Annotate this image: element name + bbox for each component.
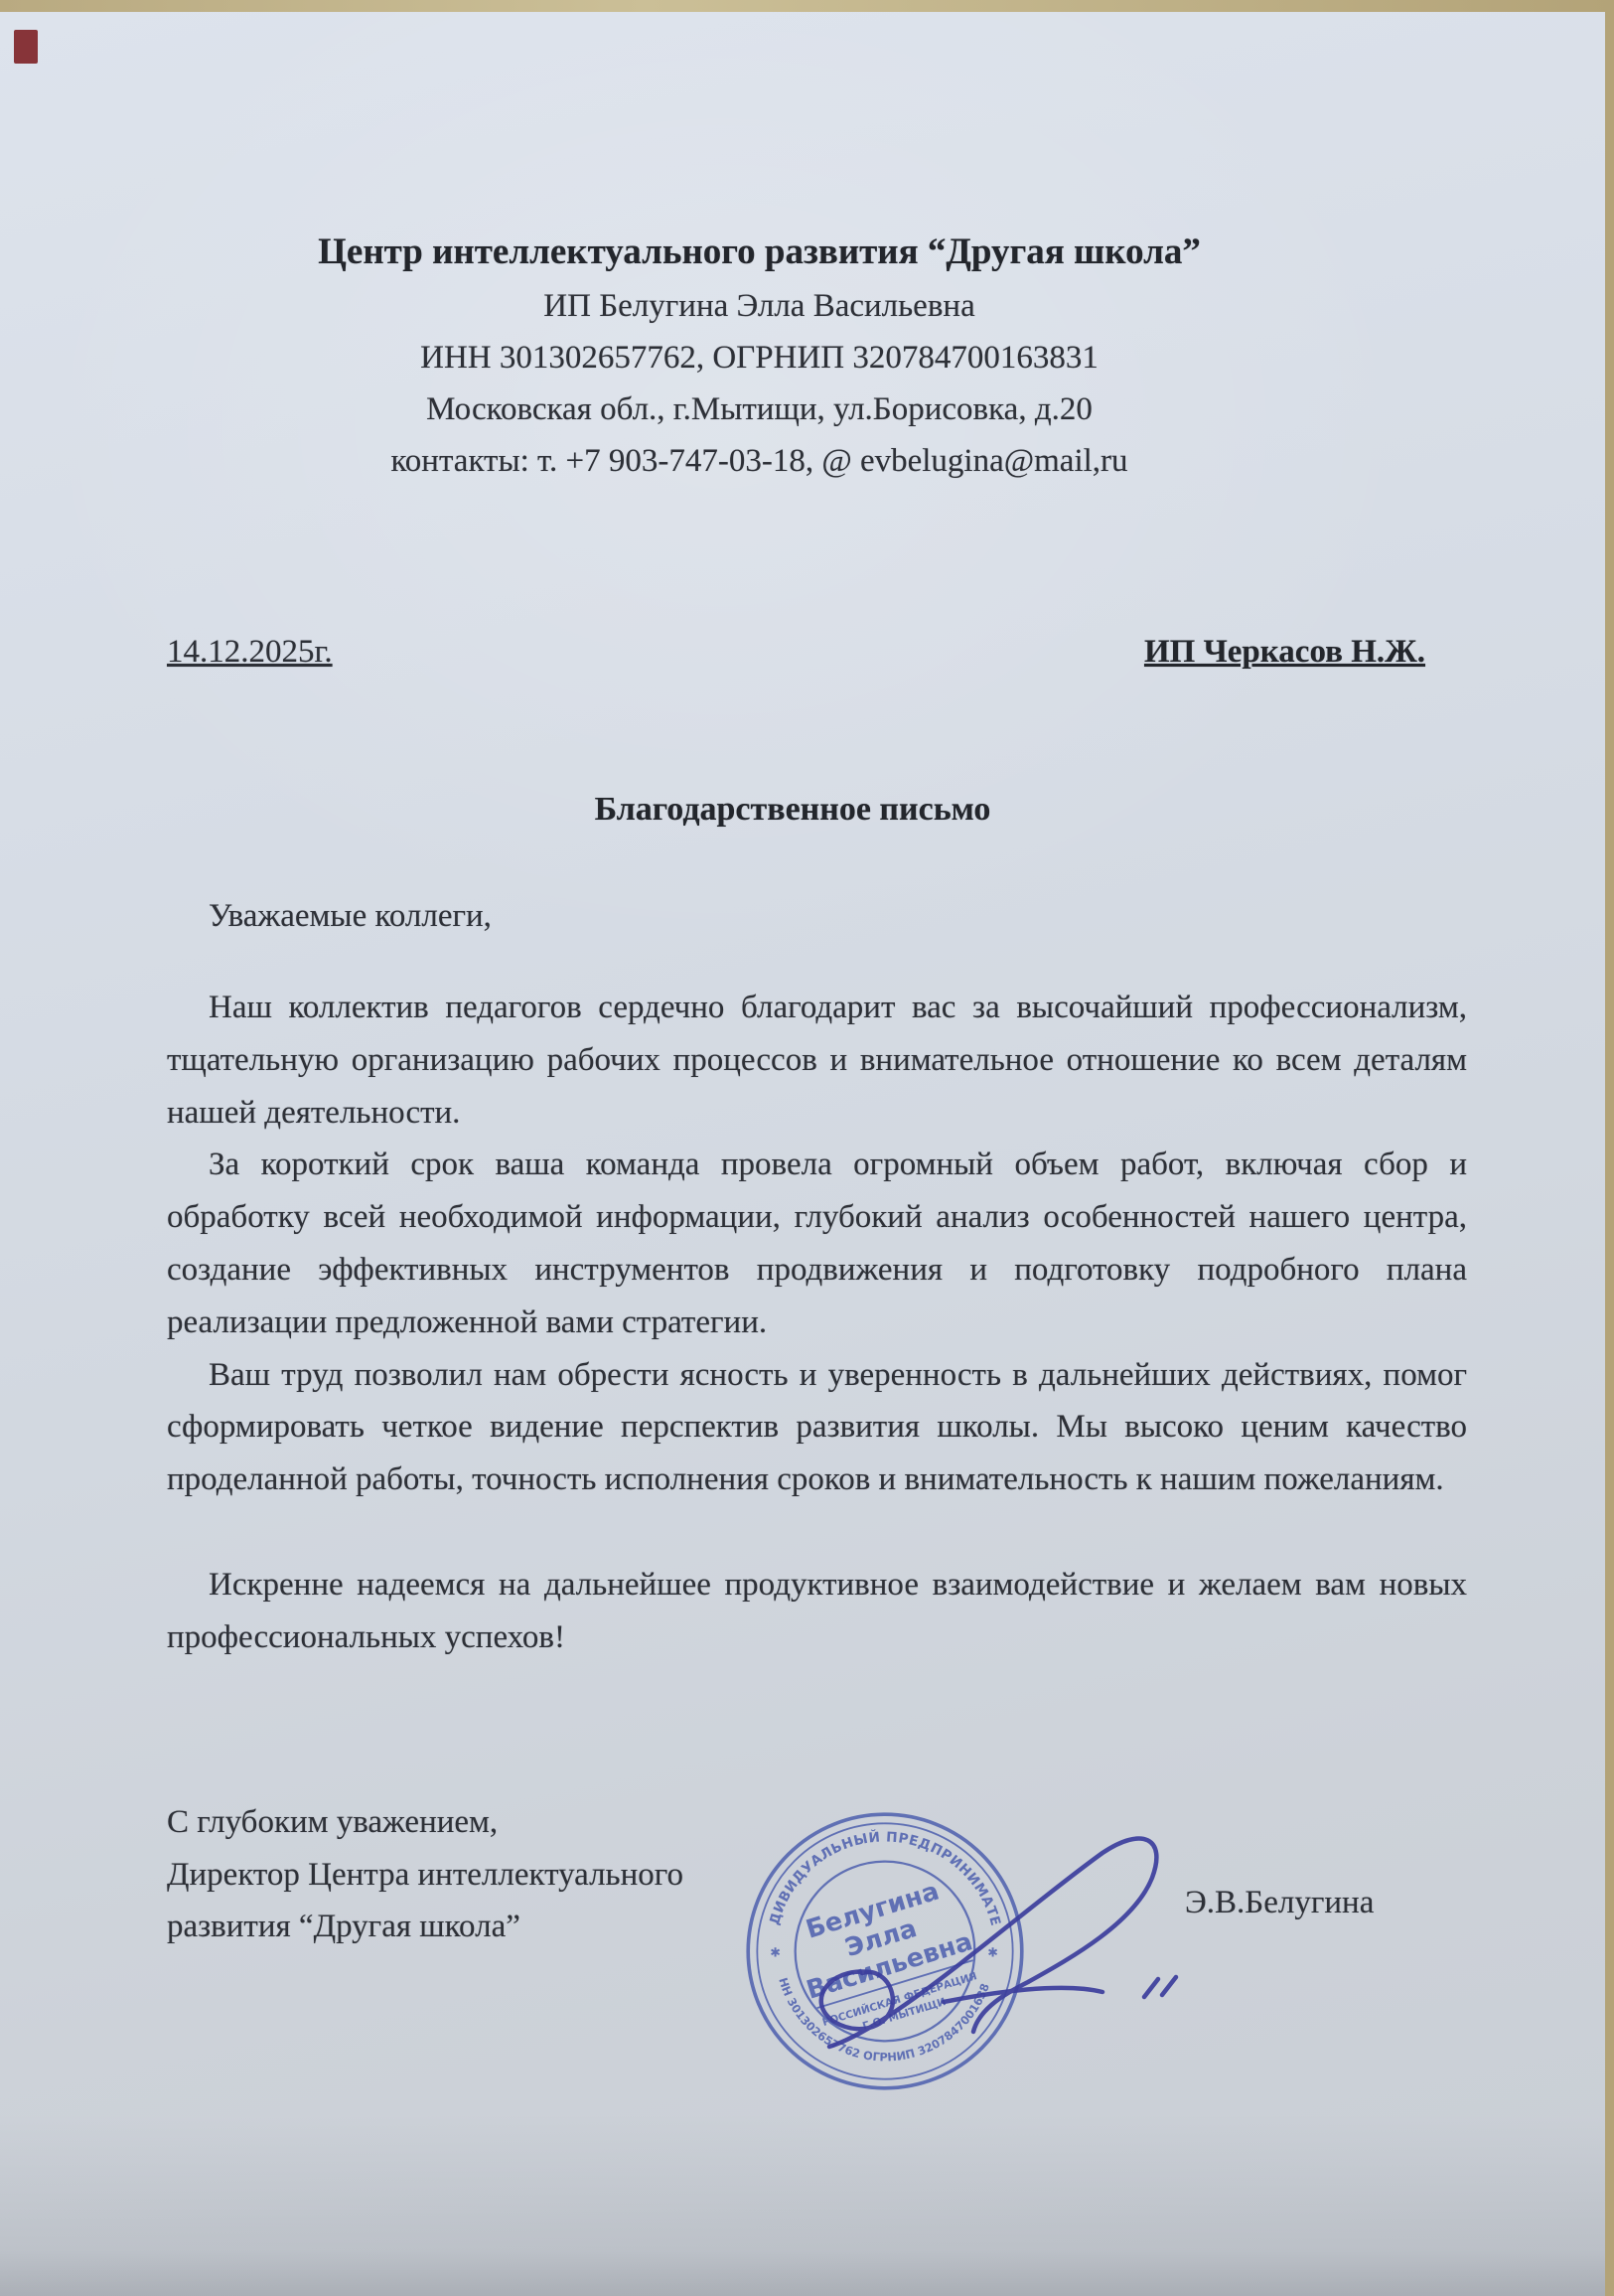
closing-position-2: развития “Другая школа” <box>167 1901 683 1953</box>
paragraph-1: Наш коллектив педагогов сердечно благода… <box>167 982 1467 1139</box>
handwritten-signature <box>775 1798 1192 2076</box>
letter-title: Благодарственное письмо <box>142 791 1443 829</box>
closing-position-1: Директор Центра интеллектуального <box>167 1849 683 1902</box>
org-ids: ИНН 301302657762, ОГРНИП 320784700163831 <box>0 332 1566 383</box>
red-corner-mark <box>14 30 38 64</box>
org-name: Центр интеллектуального развития “Другая… <box>0 225 1566 280</box>
photo-background: Центр интеллектуального развития “Другая… <box>0 0 1614 2296</box>
paragraph-3: Ваш труд позволил нам обрести ясность и … <box>167 1349 1467 1506</box>
letter-recipient: ИП Черкасов Н.Ж. <box>1144 634 1425 671</box>
signed-name: Э.В.Белугина <box>1185 1885 1374 1921</box>
paragraph-2: За короткий срок ваша команда провела ог… <box>167 1139 1467 1348</box>
closing-regards: С глубоким уважением, <box>167 1796 683 1849</box>
org-contacts: контакты: т. +7 903-747-03-18, @ evbelug… <box>0 435 1566 487</box>
signature-initial-loop <box>821 1972 893 2030</box>
paragraph-4: Искренне надеемся на дальнейшее продукти… <box>167 1559 1467 1664</box>
date-recipient-row: 14.12.2025г. ИП Черкасов Н.Ж. <box>167 634 1425 671</box>
signature-cross-stroke <box>944 1988 1102 2002</box>
org-owner: ИП Белугина Элла Васильевна <box>0 280 1566 332</box>
closing-block: С глубоким уважением, Директор Центра ин… <box>167 1796 683 1953</box>
letterhead: Центр интеллектуального развития “Другая… <box>0 225 1566 487</box>
letter-body: Наш коллектив педагогов сердечно благода… <box>167 982 1467 1664</box>
signature-tick-1 <box>1144 1979 1158 1997</box>
letter-date: 14.12.2025г. <box>167 634 333 671</box>
salutation: Уважаемые коллеги, <box>209 898 492 935</box>
signature-main-loop <box>829 1838 1156 2047</box>
org-address: Московская обл., г.Мытищи, ул.Борисовка,… <box>0 383 1566 435</box>
signature-tick-2 <box>1162 1977 1176 1995</box>
